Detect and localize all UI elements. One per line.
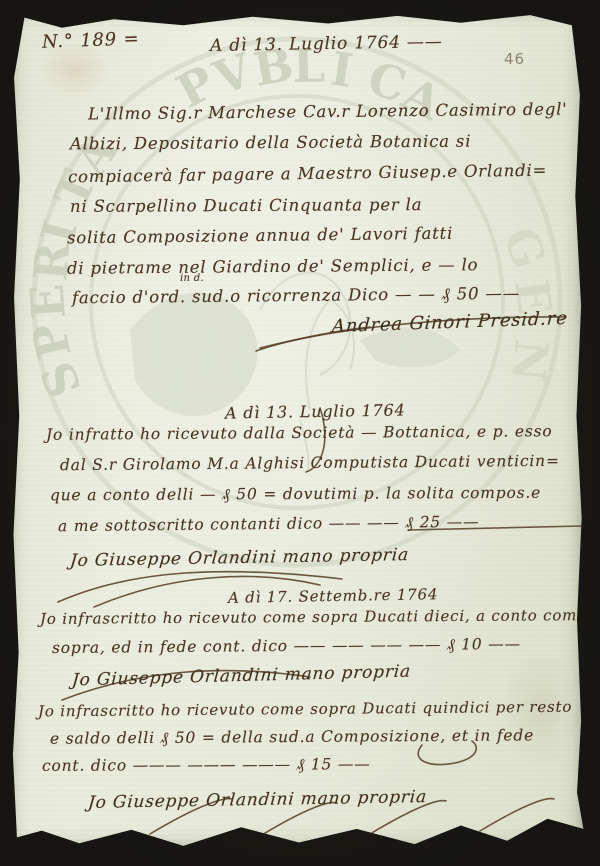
svg-text:A: A xyxy=(393,66,451,131)
scan-background: S P E R I T A P V B L I C A G E N xyxy=(0,0,600,866)
doc-number: N.° 189 = xyxy=(42,28,140,52)
order-line: di pietrame nel Giardino de' Semplici, e… xyxy=(67,255,479,278)
signature-orlandini: Jo Giuseppe Orlandini mano propria xyxy=(71,662,411,691)
order-line: solita Composizione annua de' Lavori fat… xyxy=(67,224,453,248)
seal-letters: S P E R I T A P V B L I C A G E N xyxy=(20,37,563,405)
receipt-line: que a conto delli — ₰ 50 = dovutimi p. l… xyxy=(50,484,541,506)
receipt-line: cont. dico ——— ——— ——— ₰ 15 —— xyxy=(42,755,371,776)
order-line: Albizi, Depositario della Società Botani… xyxy=(70,132,471,154)
receipt-line: sopra, ed in fede cont. dico —— —— —— ——… xyxy=(52,635,521,658)
receipt-line: Jo infrascritto ho ricevuto come sopra D… xyxy=(38,698,572,721)
header-date: A dì 13. Luglio 1764 —— xyxy=(210,32,443,56)
receipt-line: Jo infratto ho ricevuto dalla Società — … xyxy=(46,422,553,444)
receipt-date: A dì 17. Settemb.re 1764 xyxy=(228,585,439,607)
receipt-date: A dì 13. Luglio 1764 xyxy=(225,400,406,422)
order-superscript: in d. xyxy=(180,273,204,284)
signature-orlandini: Jo Giuseppe Orlandini mano propria xyxy=(69,545,410,571)
flourish-stroke xyxy=(480,799,554,831)
receipt-line: a me sottoscritto contanti dico —— —— ₰ … xyxy=(58,513,480,536)
order-line: faccio d'ord. sud.o ricorrenza Dico — — … xyxy=(72,284,520,309)
order-line: ni Scarpellino Ducati Cinquanta per la xyxy=(70,195,422,216)
order-line: compiacerà far pagare a Maestro Giusep.e… xyxy=(68,161,547,187)
receipt-line: e saldo delli ₰ 50 = della sud.a Composi… xyxy=(50,726,534,748)
svg-text:G: G xyxy=(493,220,557,275)
svg-text:S: S xyxy=(30,354,93,405)
svg-text:N: N xyxy=(501,337,559,384)
signature-orlandini: Jo Giuseppe Orlandini mano propria xyxy=(87,787,428,813)
order-line: L'Illmo Sig.r Marchese Cav.r Lorenzo Cas… xyxy=(88,99,568,123)
signature-andrea-ginori: Andrea Ginori Presid.re xyxy=(331,308,568,337)
folio-number: 46 xyxy=(504,50,525,68)
receipt-line: Jo infrascritto ho ricevuto come sopra D… xyxy=(40,606,587,628)
manuscript-page: S P E R I T A P V B L I C A G E N xyxy=(10,10,588,856)
svg-text:P: P xyxy=(21,318,81,364)
receipt-line: dal S.r Girolamo M.a Alghisi Computista … xyxy=(60,452,560,474)
svg-text:E: E xyxy=(20,282,76,321)
